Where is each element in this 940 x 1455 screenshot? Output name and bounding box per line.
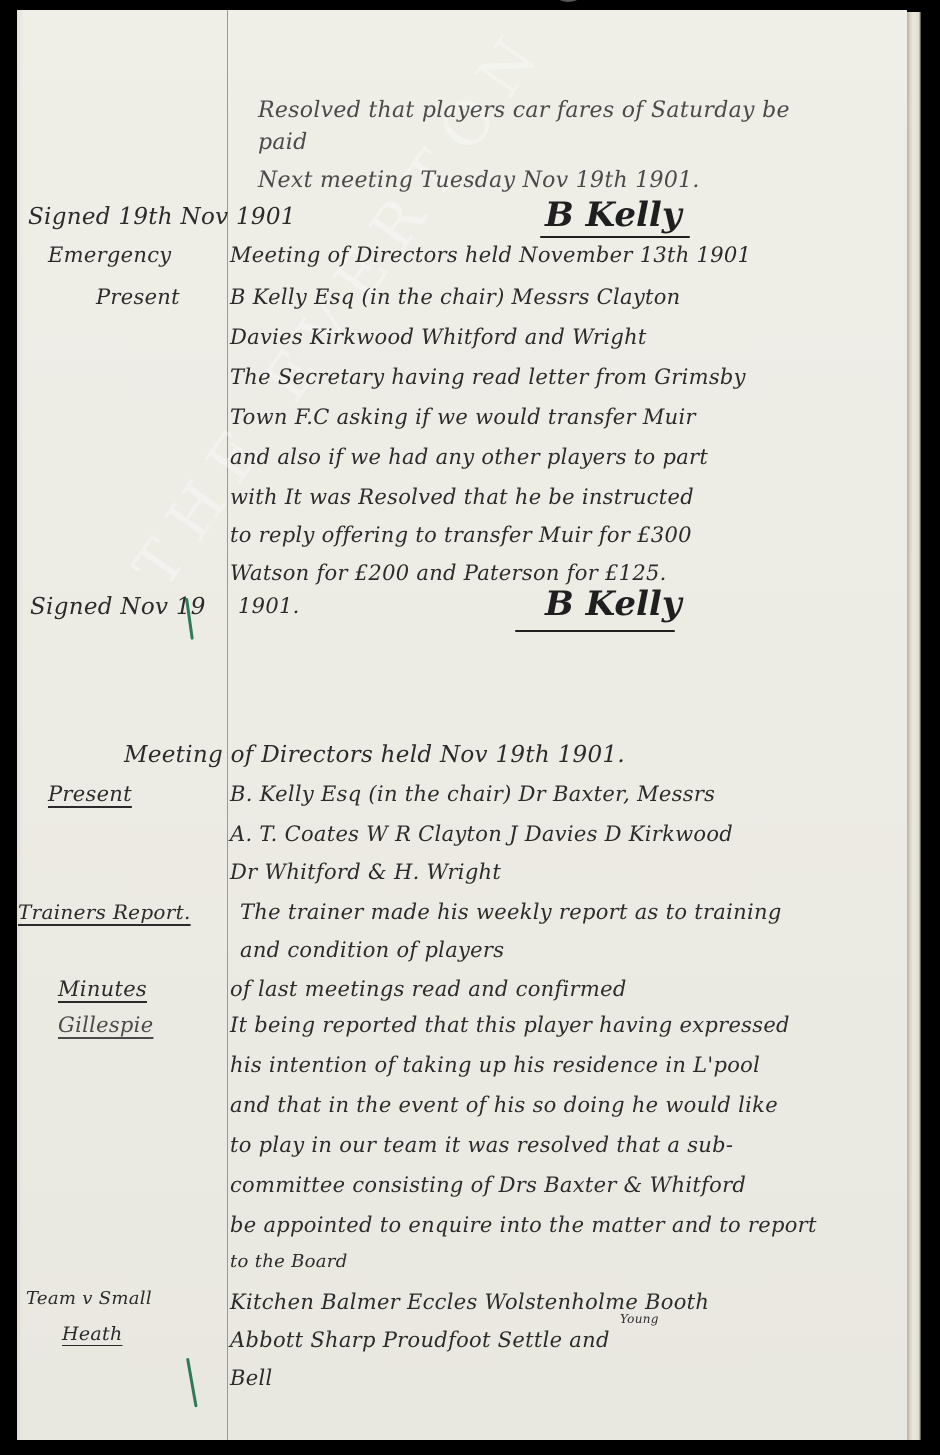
signed-date-1: Signed 19th Nov 1901 [28, 204, 296, 230]
present-2-line-3: Dr Whitford & H. Wright [230, 860, 501, 884]
grimsby-line-3: and also if we had any other players to … [230, 445, 708, 469]
signature-underline-2 [515, 630, 675, 632]
present-label-1: Present [96, 285, 180, 309]
resolved-fares-cont: paid [258, 130, 308, 155]
signature-kelly-2: B Kelly [545, 584, 682, 624]
team-line-3: Bell [230, 1366, 273, 1390]
gillespie-line-4: to play in our team it was resolved that… [230, 1133, 733, 1157]
gillespie-line-1: It being reported that this player havin… [230, 1013, 790, 1037]
team-insert-young: Young [620, 1312, 659, 1326]
team-label-2: Heath [62, 1323, 123, 1345]
grimsby-line-6: Watson for £200 and Paterson for £125. [230, 561, 667, 585]
signature-underline-1 [540, 236, 690, 238]
gillespie-line-2: his intention of taking up his residence… [230, 1053, 760, 1077]
gillespie-line-5: committee consisting of Drs Baxter & Whi… [230, 1173, 746, 1197]
signature-kelly-1: B Kelly [545, 195, 682, 235]
grimsby-line-1: The Secretary having read letter from Gr… [230, 365, 746, 389]
gillespie-line-7: to the Board [230, 1251, 348, 1272]
resolved-fares-line: Resolved that players car fares of Satur… [258, 98, 790, 123]
present-2-line-2: A. T. Coates W R Clayton J Davies D Kirk… [230, 822, 733, 846]
gillespie-line-6: be appointed to enquire into the matter … [230, 1213, 817, 1237]
trainers-line-1: The trainer made his weekly report as to… [240, 900, 782, 924]
minutes-text: of last meetings read and confirmed [230, 977, 627, 1001]
trainers-report-label: Trainers Report. [18, 900, 191, 924]
grimsby-line-2: Town F.C asking if we would transfer Mui… [230, 405, 696, 429]
emergency-label: Emergency [48, 243, 171, 267]
minutes-label: Minutes [58, 977, 147, 1001]
grimsby-line-5: to reply offering to transfer Muir for £… [230, 523, 692, 547]
present-1-line-2: Davies Kirkwood Whitford and Wright [230, 325, 647, 349]
present-2-line-1: B. Kelly Esq (in the chair) Dr Baxter, M… [230, 782, 715, 806]
present-1-line-1: B Kelly Esq (in the chair) Messrs Clayto… [230, 285, 681, 309]
gillespie-label: Gillespie [58, 1013, 153, 1037]
trainers-line-2: and condition of players [240, 938, 504, 962]
meeting-heading: Meeting of Directors held Nov 19th 1901. [124, 742, 625, 768]
signed-label-2: Signed Nov 19 [30, 594, 206, 620]
team-label-1: Team v Small [26, 1288, 152, 1309]
team-line-1: Kitchen Balmer Eccles Wolstenholme Booth [230, 1290, 709, 1314]
emergency-meeting-heading: Meeting of Directors held November 13th … [230, 243, 751, 267]
page-binding-edge [907, 12, 921, 1440]
grimsby-line-4: with It was Resolved that he be instruct… [230, 485, 694, 509]
present-label-2: Present [48, 782, 132, 806]
gillespie-line-3: and that in the event of his so doing he… [230, 1093, 778, 1117]
team-line-2: Abbott Sharp Proudfoot Settle and [230, 1328, 610, 1352]
next-meeting-line: Next meeting Tuesday Nov 19th 1901. [258, 168, 700, 193]
signed-year-2: 1901. [238, 594, 300, 618]
